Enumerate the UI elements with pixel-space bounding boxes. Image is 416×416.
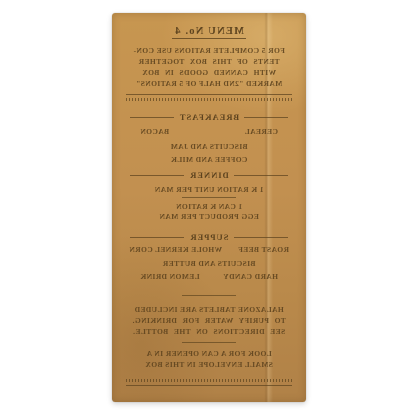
section-header-label: DINNER: [189, 170, 229, 180]
menu-title: MENU No. 4: [112, 26, 306, 39]
header-rule-right: [130, 175, 184, 176]
halazone-note-line: SEE DIRECTIONS ON THE BOTTLE.: [122, 327, 296, 336]
top-rule-solid: [126, 94, 292, 95]
header-rule-right: [130, 237, 184, 238]
menu-item-row: HARD CANDY LEMON DRINK: [140, 272, 278, 281]
bottom-rule-dashed: [126, 379, 292, 382]
intro-line: WITH CANNED GOODS IN BOX: [122, 68, 296, 77]
halazone-note-line: TO PURIFY WATER FOR DRINKING.: [122, 316, 296, 325]
header-rule-left: [244, 117, 288, 118]
product-photo: MENU No. 4 FOR 5 COMPLETE RATIONS USE CO…: [0, 0, 416, 416]
menu-item-lemon-drink: LEMON DRINK: [140, 272, 200, 281]
menu-item-can-k-ration: 1 CAN K RATION: [122, 202, 296, 211]
header-rule-left: [234, 237, 288, 238]
section-header-label: BREAKFAST: [179, 112, 239, 122]
menu-item-biscuits-butter: BISCUITS AND BUTTER: [122, 259, 296, 268]
can-opener-note-line: LOOK FOR A CAN OPENER IN A: [122, 349, 296, 358]
divider-rule: [182, 295, 236, 296]
menu-item-roast-beef: ROAST BEEF: [238, 245, 289, 254]
menu-item-bacon: BACON: [140, 127, 169, 136]
section-header-supper: SUPPER: [125, 232, 293, 242]
menu-item-k-ration: 1 K RATION UNIT PER MAN: [122, 185, 296, 194]
menu-title-text: MENU No. 4: [172, 26, 246, 39]
divider-rule: [182, 342, 236, 343]
can-opener-note-line: SMALL ENVELOPE IN THIS BOX: [122, 360, 296, 369]
header-rule-left: [234, 175, 288, 176]
menu-item-cereal: CEREAL: [244, 127, 278, 136]
menu-item-egg-product: EGG PRODUCT PER MAN: [122, 212, 296, 221]
header-rule-right: [130, 117, 174, 118]
section-header-breakfast: BREAKFAST: [125, 112, 293, 122]
menu-item-biscuits-jam: BISCUITS AND JAM: [122, 142, 296, 151]
menu-item-coffee-milk: COFFEE AND MILK: [122, 155, 296, 164]
intro-line: TENTS OF THIS BOX TOGETHER: [122, 57, 296, 66]
bottom-rule-solid: [126, 385, 292, 386]
intro-line: FOR 5 COMPLETE RATIONS USE CON-: [122, 46, 296, 55]
divider-rule: [182, 197, 236, 198]
top-rule-dashed: [126, 98, 292, 101]
section-header-dinner: DINNER: [125, 170, 293, 180]
intro-line: MARKED "2ND HALF OF 5 RATIONS": [122, 79, 296, 88]
menu-item-whole-kernel-corn: WHOLE KERNEL CORN: [129, 245, 222, 254]
section-header-label: SUPPER: [189, 232, 228, 242]
menu-item-row: ROAST BEEF WHOLE KERNEL CORN: [129, 245, 289, 254]
menu-item-row: CEREAL BACON: [140, 127, 278, 136]
halazone-note-line: HALAZONE TABLETS ARE INCLUDED: [122, 305, 296, 314]
menu-card-print: MENU No. 4 FOR 5 COMPLETE RATIONS USE CO…: [112, 13, 306, 402]
menu-card: MENU No. 4 FOR 5 COMPLETE RATIONS USE CO…: [112, 13, 306, 402]
menu-item-hard-candy: HARD CANDY: [223, 272, 278, 281]
